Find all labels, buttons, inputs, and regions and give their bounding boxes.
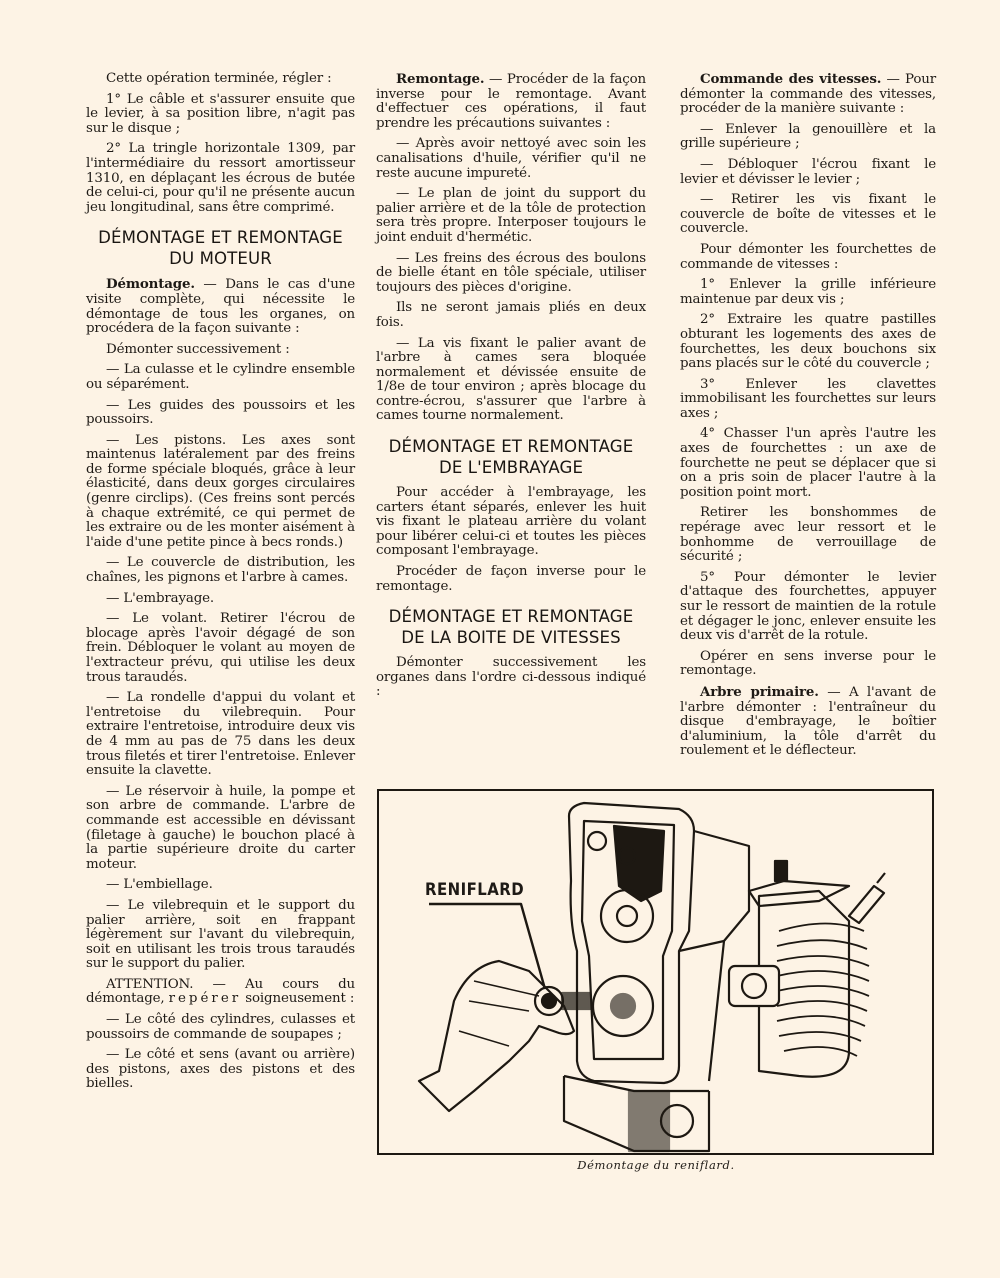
paragraph: — Le côté des cylindres, culasses et pou… (86, 1013, 355, 1042)
paragraph: — Le volant. Retirer l'écrou de blocage … (86, 612, 355, 685)
paragraph: 2° Extraire les quatre pastilles obturan… (680, 313, 936, 371)
paragraph: — Le couvercle de distribution, les chaî… (86, 556, 355, 585)
paragraph: Retirer les bonshommes de repérage avec … (680, 506, 936, 564)
run-in-heading: Commande des vitesses. (700, 71, 881, 87)
engine-drawing-icon (379, 791, 932, 1153)
paragraph: Arbre primaire. — A l'avant de l'arbre d… (680, 685, 936, 759)
text-column-1: Cette opération terminée, régler : 1° Le… (86, 72, 355, 1098)
paragraph: Pour démonter les fourchettes de command… (680, 243, 936, 272)
paragraph: Procéder de façon inverse pour le remont… (376, 565, 646, 594)
paragraph: — Les freins des écrous des boulons de b… (376, 252, 646, 296)
paragraph: Démontage. — Dans le cas d'une visite co… (86, 277, 355, 336)
paragraph: — Le côté et sens (avant ou arrière) des… (86, 1048, 355, 1092)
paragraph: — Après avoir nettoyé avec soin les cana… (376, 137, 646, 181)
paragraph: 4° Chasser l'un après l'autre les axes d… (680, 427, 936, 500)
paragraph: 5° Pour démonter le levier d'attaque des… (680, 571, 936, 644)
paragraph: — L'embrayage. (86, 592, 355, 607)
paragraph: 2° La tringle horizontale 1309, par l'in… (86, 142, 355, 215)
paragraph: Remontage. — Procéder de la façon invers… (376, 72, 646, 131)
section-heading-embrayage: DÉMONTAGE ET REMONTAGE DE L'EMBRAYAGE (376, 436, 646, 478)
paragraph: Démonter successivement les organes dans… (376, 656, 646, 700)
paragraph: — Débloquer l'écrou fixant le levier et … (680, 158, 936, 187)
paragraph: Démonter successivement : (86, 343, 355, 358)
paragraph: — Le réservoir à huile, la pompe et son … (86, 785, 355, 873)
paragraph: — Enlever la genouillère et la grille su… (680, 123, 936, 152)
paragraph: — L'embiellage. (86, 878, 355, 893)
paragraph: Cette opération terminée, régler : (86, 72, 355, 87)
run-in-heading: Arbre primaire. (700, 684, 819, 700)
paragraph: — Le plan de joint du support du palier … (376, 187, 646, 245)
paragraph: Commande des vitesses. — Pour démonter l… (680, 72, 936, 117)
paragraph: Pour accéder à l'embrayage, les carters … (376, 486, 646, 559)
engine-illustration: RENIFLARD (377, 789, 934, 1155)
paragraph: — La rondelle d'appui du volant et l'ent… (86, 691, 355, 779)
section-heading-boite-vitesses: DÉMONTAGE ET REMONTAGE DE LA BOITE DE VI… (376, 606, 646, 648)
paragraph: — Les guides des poussoirs et les pousso… (86, 399, 355, 428)
section-heading-moteur: DÉMONTAGE ET REMONTAGE DU MOTEUR (86, 227, 355, 269)
figure-caption: Démontage du reniflard. (377, 1158, 935, 1172)
text-column-2: Remontage. — Procéder de la façon invers… (376, 72, 646, 706)
paragraph: 3° Enlever les clavettes immobilisant le… (680, 378, 936, 422)
paragraph: Opérer en sens inverse pour le remontage… (680, 650, 936, 679)
paragraph: — La culasse et le cylindre ensemble ou … (86, 363, 355, 392)
emphasis-spaced: repérer (169, 991, 242, 1006)
run-in-heading: Démontage. (106, 276, 195, 292)
paragraph: 1° Enlever la grille inférieure maintenu… (680, 278, 936, 307)
paragraph: ATTENTION. — Au cours du démontage, repé… (86, 978, 355, 1007)
text-column-3: Commande des vitesses. — Pour démonter l… (680, 72, 936, 765)
paragraph: — La vis fixant le palier avant de l'arb… (376, 337, 646, 425)
reniflard-label: RENIFLARD (425, 880, 524, 900)
paragraph: Ils ne seront jamais pliés en deux fois. (376, 301, 646, 330)
run-in-heading: Remontage. (396, 71, 484, 87)
paragraph: — Retirer les vis fixant le couvercle de… (680, 193, 936, 237)
paragraph: — Le vilebrequin et le support du palier… (86, 899, 355, 972)
paragraph: 1° Le câble et s'assurer ensuite que le … (86, 93, 355, 137)
paragraph: — Les pistons. Les axes sont maintenus l… (86, 434, 355, 551)
